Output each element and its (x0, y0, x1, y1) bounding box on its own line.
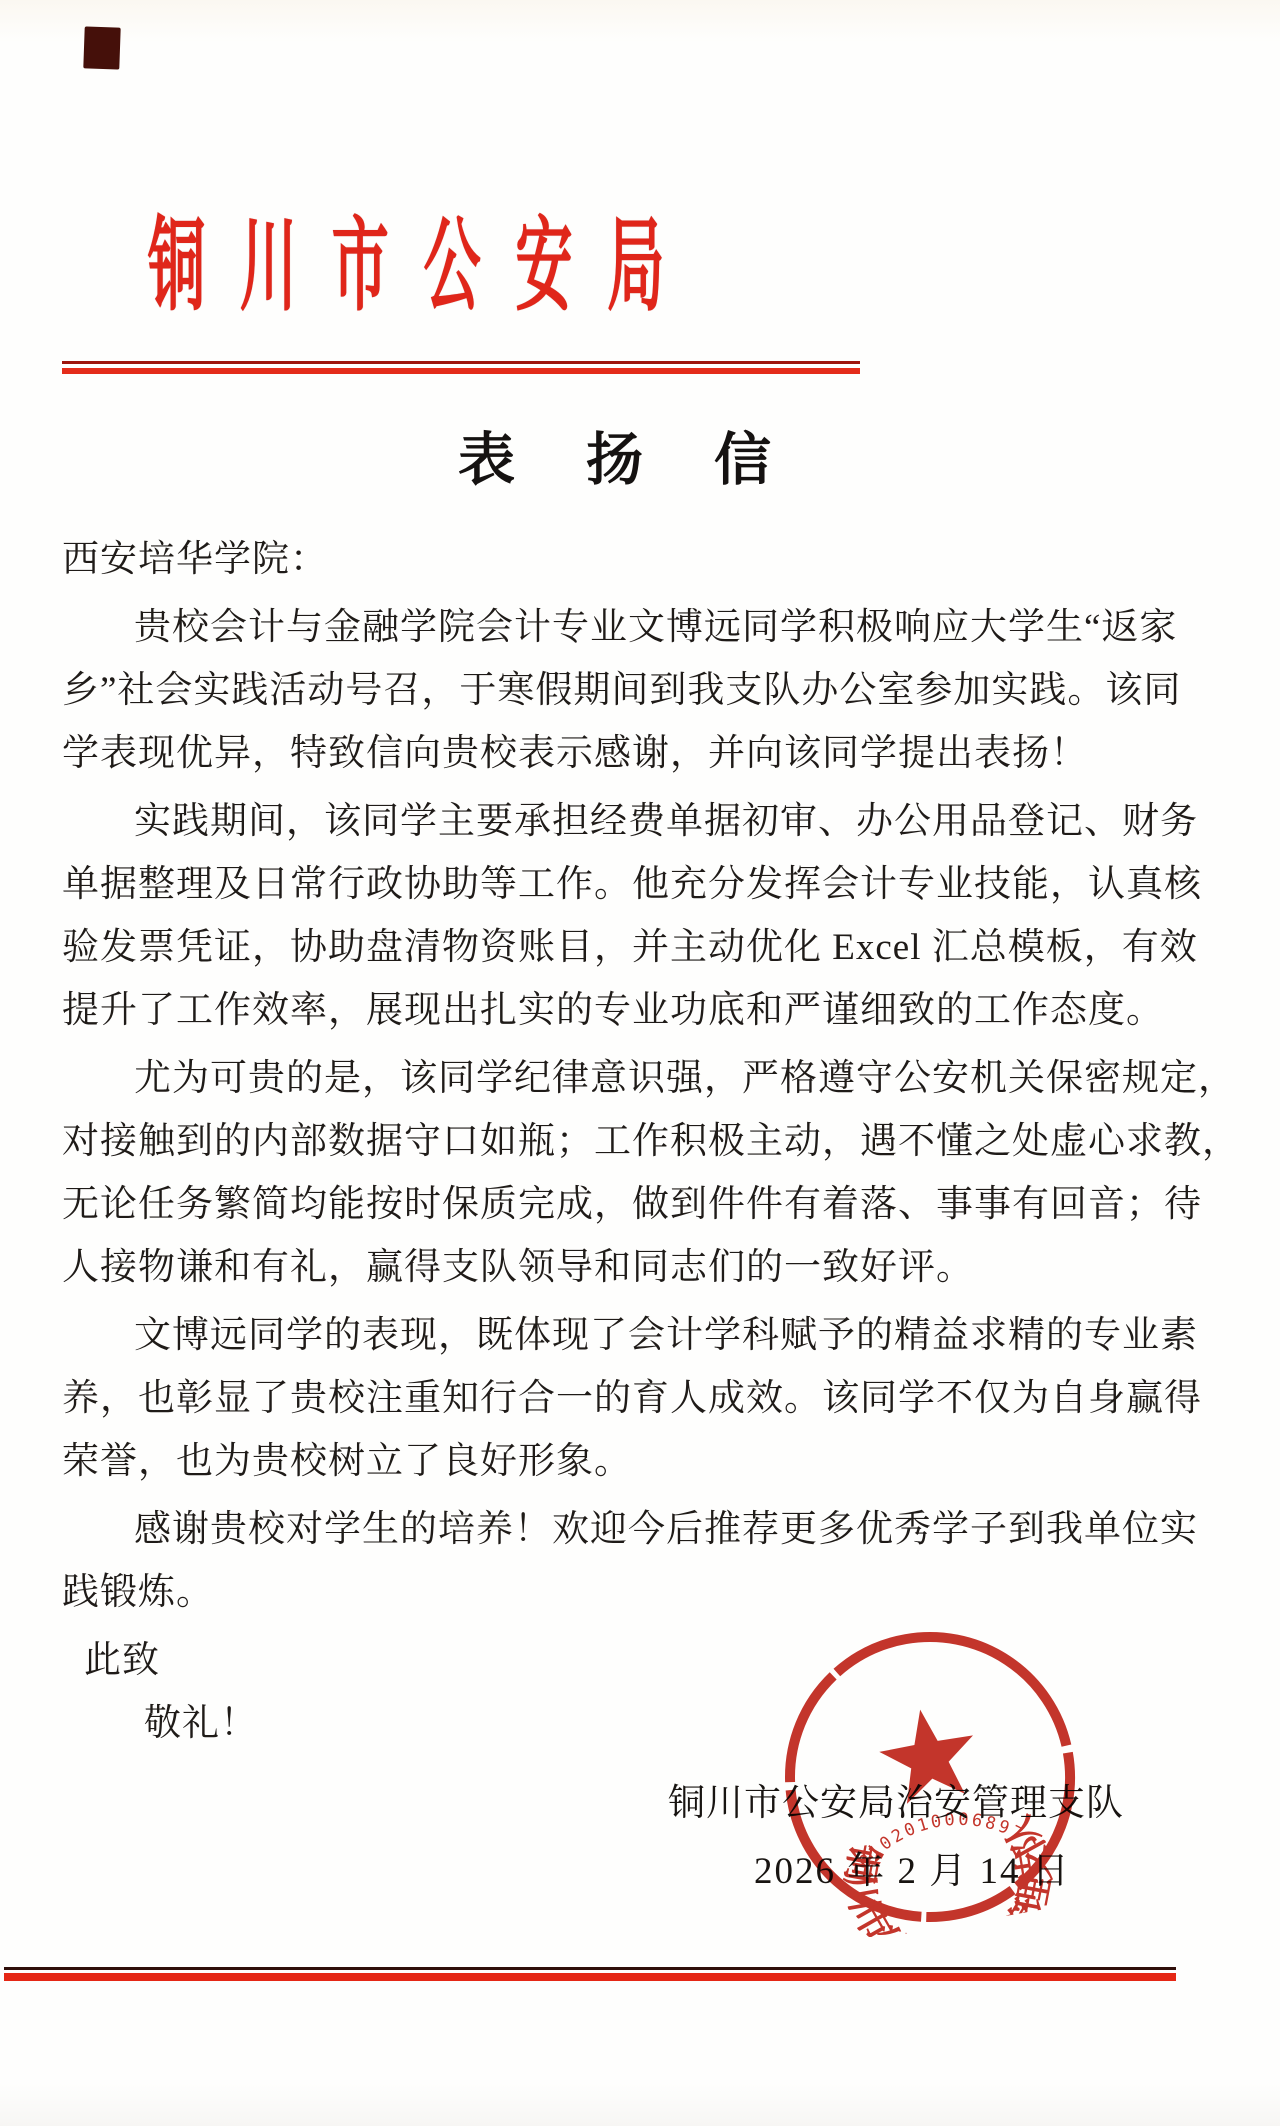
body-line: 践锻炼。 (62, 1561, 1272, 1624)
body-line: 贵校会计与金融学院会计专业文博远同学积极响应大学生“返家 (62, 596, 1272, 659)
body-line: 学表现优异，特致信向贵校表示感谢，并向该同学提出表扬！ (62, 722, 1272, 785)
body-line: 文博远同学的表现，既体现了会计学科赋予的精益求精的专业素 (62, 1304, 1272, 1367)
paragraph: 贵校会计与金融学院会计专业文博远同学积极响应大学生“返家乡”社会实践活动号召，于… (62, 596, 1272, 785)
closing-cizhi: 此致 (62, 1629, 1272, 1692)
rule-thin-line (4, 1967, 1176, 1970)
body-line: 尤为可贵的是，该同学纪律意识强，严格遵守公安机关保密规定， (62, 1047, 1272, 1110)
body-line: 无论任务繁简均能按时保质完成，做到件件有着落、事事有回音；待 (62, 1173, 1272, 1236)
body-line: 荣誉，也为贵校树立了良好形象。 (62, 1430, 1272, 1493)
rule-thick-line (62, 368, 860, 374)
body-line: 验发票凭证，协助盘清物资账目，并主动优化 Excel 汇总模板，有效 (62, 916, 1272, 979)
body-line: 养，也彰显了贵校注重知行合一的育人成效。该同学不仅为自身赢得 (62, 1367, 1272, 1430)
footer-double-rule (4, 1967, 1176, 1981)
document-title: 表扬信 (458, 432, 842, 489)
paragraph: 实践期间，该同学主要承担经费单据初审、办公用品登记、财务单据整理及日常行政协助等… (62, 790, 1272, 1042)
closing-jingli: 敬礼！ (62, 1692, 1272, 1755)
salutation: 西安培华学院： (62, 528, 1272, 591)
seal-star (873, 1701, 982, 1807)
official-round-seal: 铜川市公安局治安管理支队 6102010006897 (756, 1603, 1104, 1951)
body-line: 单据整理及日常行政协助等工作。他充分发挥会计专业技能，认真核 (62, 853, 1272, 916)
rule-thin-line (62, 361, 860, 364)
letter-body: 西安培华学院： 贵校会计与金融学院会计专业文博远同学积极响应大学生“返家乡”社会… (62, 528, 1272, 1755)
body-line: 对接触到的内部数据守口如瓶；工作积极主动，遇不懂之处虚心求教， (62, 1110, 1272, 1173)
body-line: 人接物谦和有礼，赢得支队领导和同志们的一致好评。 (62, 1236, 1272, 1299)
body-line: 乡”社会实践活动号召，于寒假期间到我支队办公室参加实践。该同 (62, 659, 1272, 722)
letterhead-double-rule (62, 361, 860, 374)
body-line: 实践期间，该同学主要承担经费单据初审、办公用品登记、财务 (62, 790, 1272, 853)
paragraph: 尤为可贵的是，该同学纪律意识强，严格遵守公安机关保密规定，对接触到的内部数据守口… (62, 1047, 1272, 1299)
bureau-letterhead-title: 铜川市公安局 (148, 214, 699, 322)
body-line: 提升了工作效率，展现出扎实的专业功底和严谨细致的工作态度。 (62, 979, 1272, 1042)
body-line: 感谢贵校对学生的培养！欢迎今后推荐更多优秀学子到我单位实 (62, 1498, 1272, 1561)
photo-corner-mark (83, 26, 120, 69)
svg-text:6102010006897: 6102010006897 (849, 1797, 1030, 1875)
seal-serial-number: 6102010006897 (849, 1797, 1030, 1875)
commendation-letter-page: 铜川市公安局 表扬信 西安培华学院： 贵校会计与金融学院会计专业文博远同学积极响… (0, 0, 1280, 2126)
rule-thick-line (4, 1973, 1176, 1981)
paragraph: 感谢贵校对学生的培养！欢迎今后推荐更多优秀学子到我单位实践锻炼。 (62, 1498, 1272, 1624)
paragraph: 文博远同学的表现，既体现了会计学科赋予的精益求精的专业素养，也彰显了贵校注重知行… (62, 1304, 1272, 1493)
